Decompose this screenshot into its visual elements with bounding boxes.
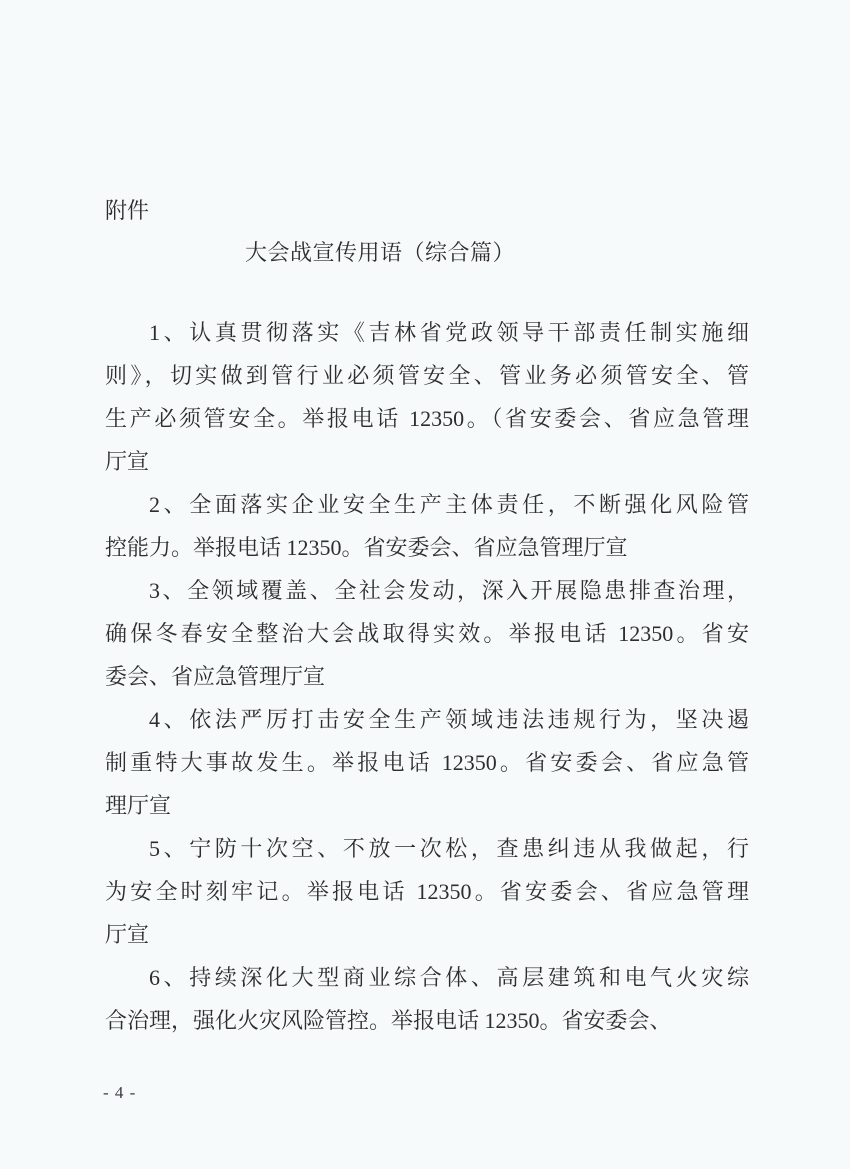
- paragraph-line: 为安全时刻牢记。举报电话 12350。省安委会、省应急管理: [105, 870, 749, 913]
- paragraph-line: 2、全面落实企业安全生产主体责任，不断强化风险管: [105, 483, 749, 526]
- paragraph-line: 确保冬春安全整治大会战取得实效。举报电话 12350。省安: [105, 612, 749, 655]
- paragraph-line: 5、宁防十次空、不放一次松，查患纠违从我做起，行: [105, 827, 749, 870]
- document-page: 附件 大会战宣传用语（综合篇） 1、认真贯彻落实《吉林省党政领导干部责任制实施细…: [0, 0, 850, 1169]
- paragraph-line: 厅宣: [105, 440, 749, 483]
- paragraph-line: 1、认真贯彻落实《吉林省党政领导干部责任制实施细: [105, 311, 749, 354]
- document-title: 大会战宣传用语（综合篇）: [105, 239, 655, 266]
- paragraph-line: 6、持续深化大型商业综合体、高层建筑和电气火灾综: [105, 956, 749, 999]
- paragraph-line: 4、依法严厉打击安全生产领域违法违规行为，坚决遏: [105, 698, 749, 741]
- page-number: - 4 -: [103, 1083, 136, 1103]
- paragraph-line: 3、全领域覆盖、全社会发动，深入开展隐患排查治理，: [105, 569, 749, 612]
- document-body: 1、认真贯彻落实《吉林省党政领导干部责任制实施细则》，切实做到管行业必须管安全、…: [105, 311, 749, 1042]
- paragraph-line: 合治理，强化火灾风险管控。举报电话 12350。省安委会、: [105, 999, 749, 1042]
- paragraph-line: 委会、省应急管理厅宣: [105, 655, 749, 698]
- paragraph-line: 则》，切实做到管行业必须管安全、管业务必须管安全、管: [105, 354, 749, 397]
- paragraph-line: 理厅宣: [105, 784, 749, 827]
- paragraph-line: 生产必须管安全。举报电话 12350。（省安委会、省应急管理: [105, 397, 749, 440]
- paragraph-line: 厅宣: [105, 913, 749, 956]
- attachment-label: 附件: [105, 198, 149, 224]
- paragraph-line: 制重特大事故发生。举报电话 12350。省安委会、省应急管: [105, 741, 749, 784]
- paragraph-line: 控能力。举报电话 12350。省安委会、省应急管理厅宣: [105, 526, 749, 569]
